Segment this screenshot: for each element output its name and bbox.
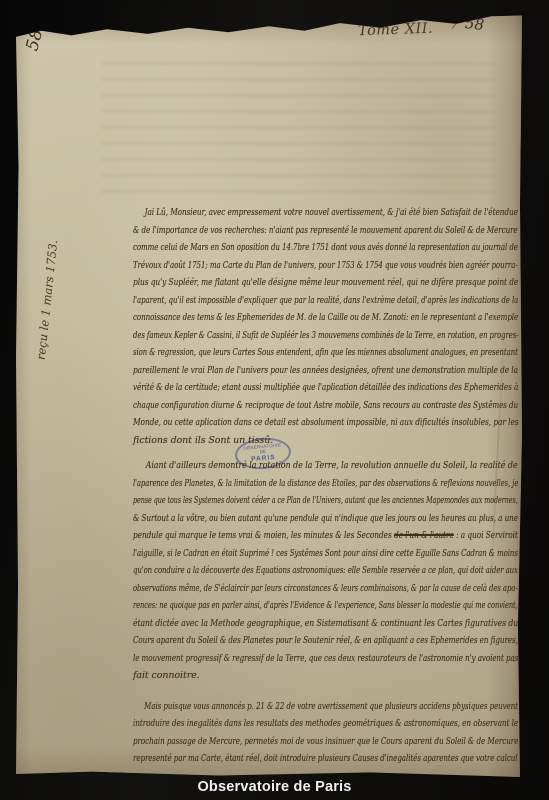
- letter-paragraph: Mais puisque vous annoncés p. 21 & 22 de…: [133, 698, 518, 768]
- manuscript-line: chaque configuration diurne & reciproque…: [133, 397, 423, 415]
- manuscript-line: fait connoitre.: [133, 667, 518, 685]
- letter-paragraph: Aiant d'ailleurs demontré la rotation de…: [133, 457, 518, 685]
- manuscript-line: plus qu'y Supléér, me flatant qu'elle dé…: [133, 274, 435, 292]
- manuscript-line: fictions dont ils Sont un tissû.: [133, 432, 518, 450]
- photo-caption: Observatoire de Paris: [0, 779, 549, 797]
- manuscript-photo: 58 Tome XII. 7 58 reçu le 1 mars 1753. O…: [0, 0, 549, 800]
- manuscript-line: l'aparence des Planetes, & la limitation…: [133, 475, 410, 493]
- letter-text: Jai Lû, Monsieur, avec empressement votr…: [133, 204, 518, 768]
- manuscript-line: observations même, de S'éclaircir par le…: [133, 580, 411, 598]
- manuscript-line: qu'on conduire a la découverte des Equat…: [133, 562, 413, 580]
- manuscript-line: prochain passage de Mercure, permetés mo…: [133, 733, 425, 751]
- manuscript-line: Monde, ou cette aplication dans ce detai…: [133, 414, 434, 432]
- manuscript-line: Cours aparent du Soleil & des Planetes p…: [133, 632, 424, 650]
- red-pencil-mark: 7: [449, 17, 460, 33]
- manuscript-line: representé par ma Carte, étant réel, doi…: [133, 750, 422, 768]
- manuscript-line: l'aiguille, si le Cadran en étoit Suprim…: [133, 545, 416, 563]
- margin-received-note: reçu le 1 mars 1753.: [27, 175, 69, 425]
- manuscript-line: comme celui de Mars en Son oposition du …: [133, 239, 419, 257]
- manuscript-line: étant dictée avec la Methode geographiqu…: [133, 615, 446, 633]
- manuscript-line: pareillement le vrai Plan de l'univers p…: [133, 362, 432, 380]
- manuscript-line: Jai Lû, Monsieur, avec empressement votr…: [133, 204, 430, 222]
- manuscript-line: Trévoux d'août 1751; ma Carte du Plan de…: [133, 257, 419, 275]
- manuscript-page: 58 Tome XII. 7 58 reçu le 1 mars 1753. O…: [16, 14, 522, 777]
- manuscript-line: & de l'importance de vos recherches: n'a…: [133, 222, 424, 240]
- manuscript-line: pense que tous les Systemes doivent céde…: [133, 492, 392, 510]
- manuscript-line: vérité & de la certitude; etant aussi mu…: [133, 379, 427, 397]
- manuscript-line: l'aparent, qu'il est impossible d'expliq…: [133, 292, 418, 310]
- tome-label: Tome XII.: [358, 21, 434, 40]
- manuscript-line: Mais puisque vous annoncés p. 21 & 22 de…: [133, 698, 420, 716]
- manuscript-line: le mouvement progressif & regressif de l…: [133, 650, 423, 668]
- manuscript-line: des fameux Kepler & Cassini, il Sufit de…: [133, 327, 412, 345]
- manuscript-line: pendule qui marque le tems vrai & moien,…: [133, 527, 433, 545]
- folio-number-top-right: 58: [464, 14, 485, 34]
- folio-number-top-left: 58: [22, 27, 47, 53]
- manuscript-line: connoissance des tems & les Ephemerides …: [133, 309, 421, 327]
- manuscript-line: sion & regression, que leurs Cartes Sous…: [133, 344, 414, 362]
- manuscript-line: & Surtout a la vôtre, ou bien autant qu'…: [133, 510, 425, 528]
- letter-paragraph: Jai Lû, Monsieur, avec empressement votr…: [133, 204, 518, 449]
- manuscript-line: rences: ne quoique pas en parler ainsi, …: [133, 597, 403, 615]
- manuscript-line: Aiant d'ailleurs demontré la rotation de…: [133, 457, 457, 475]
- manuscript-line: introduire des inegalités dans les resul…: [133, 715, 429, 733]
